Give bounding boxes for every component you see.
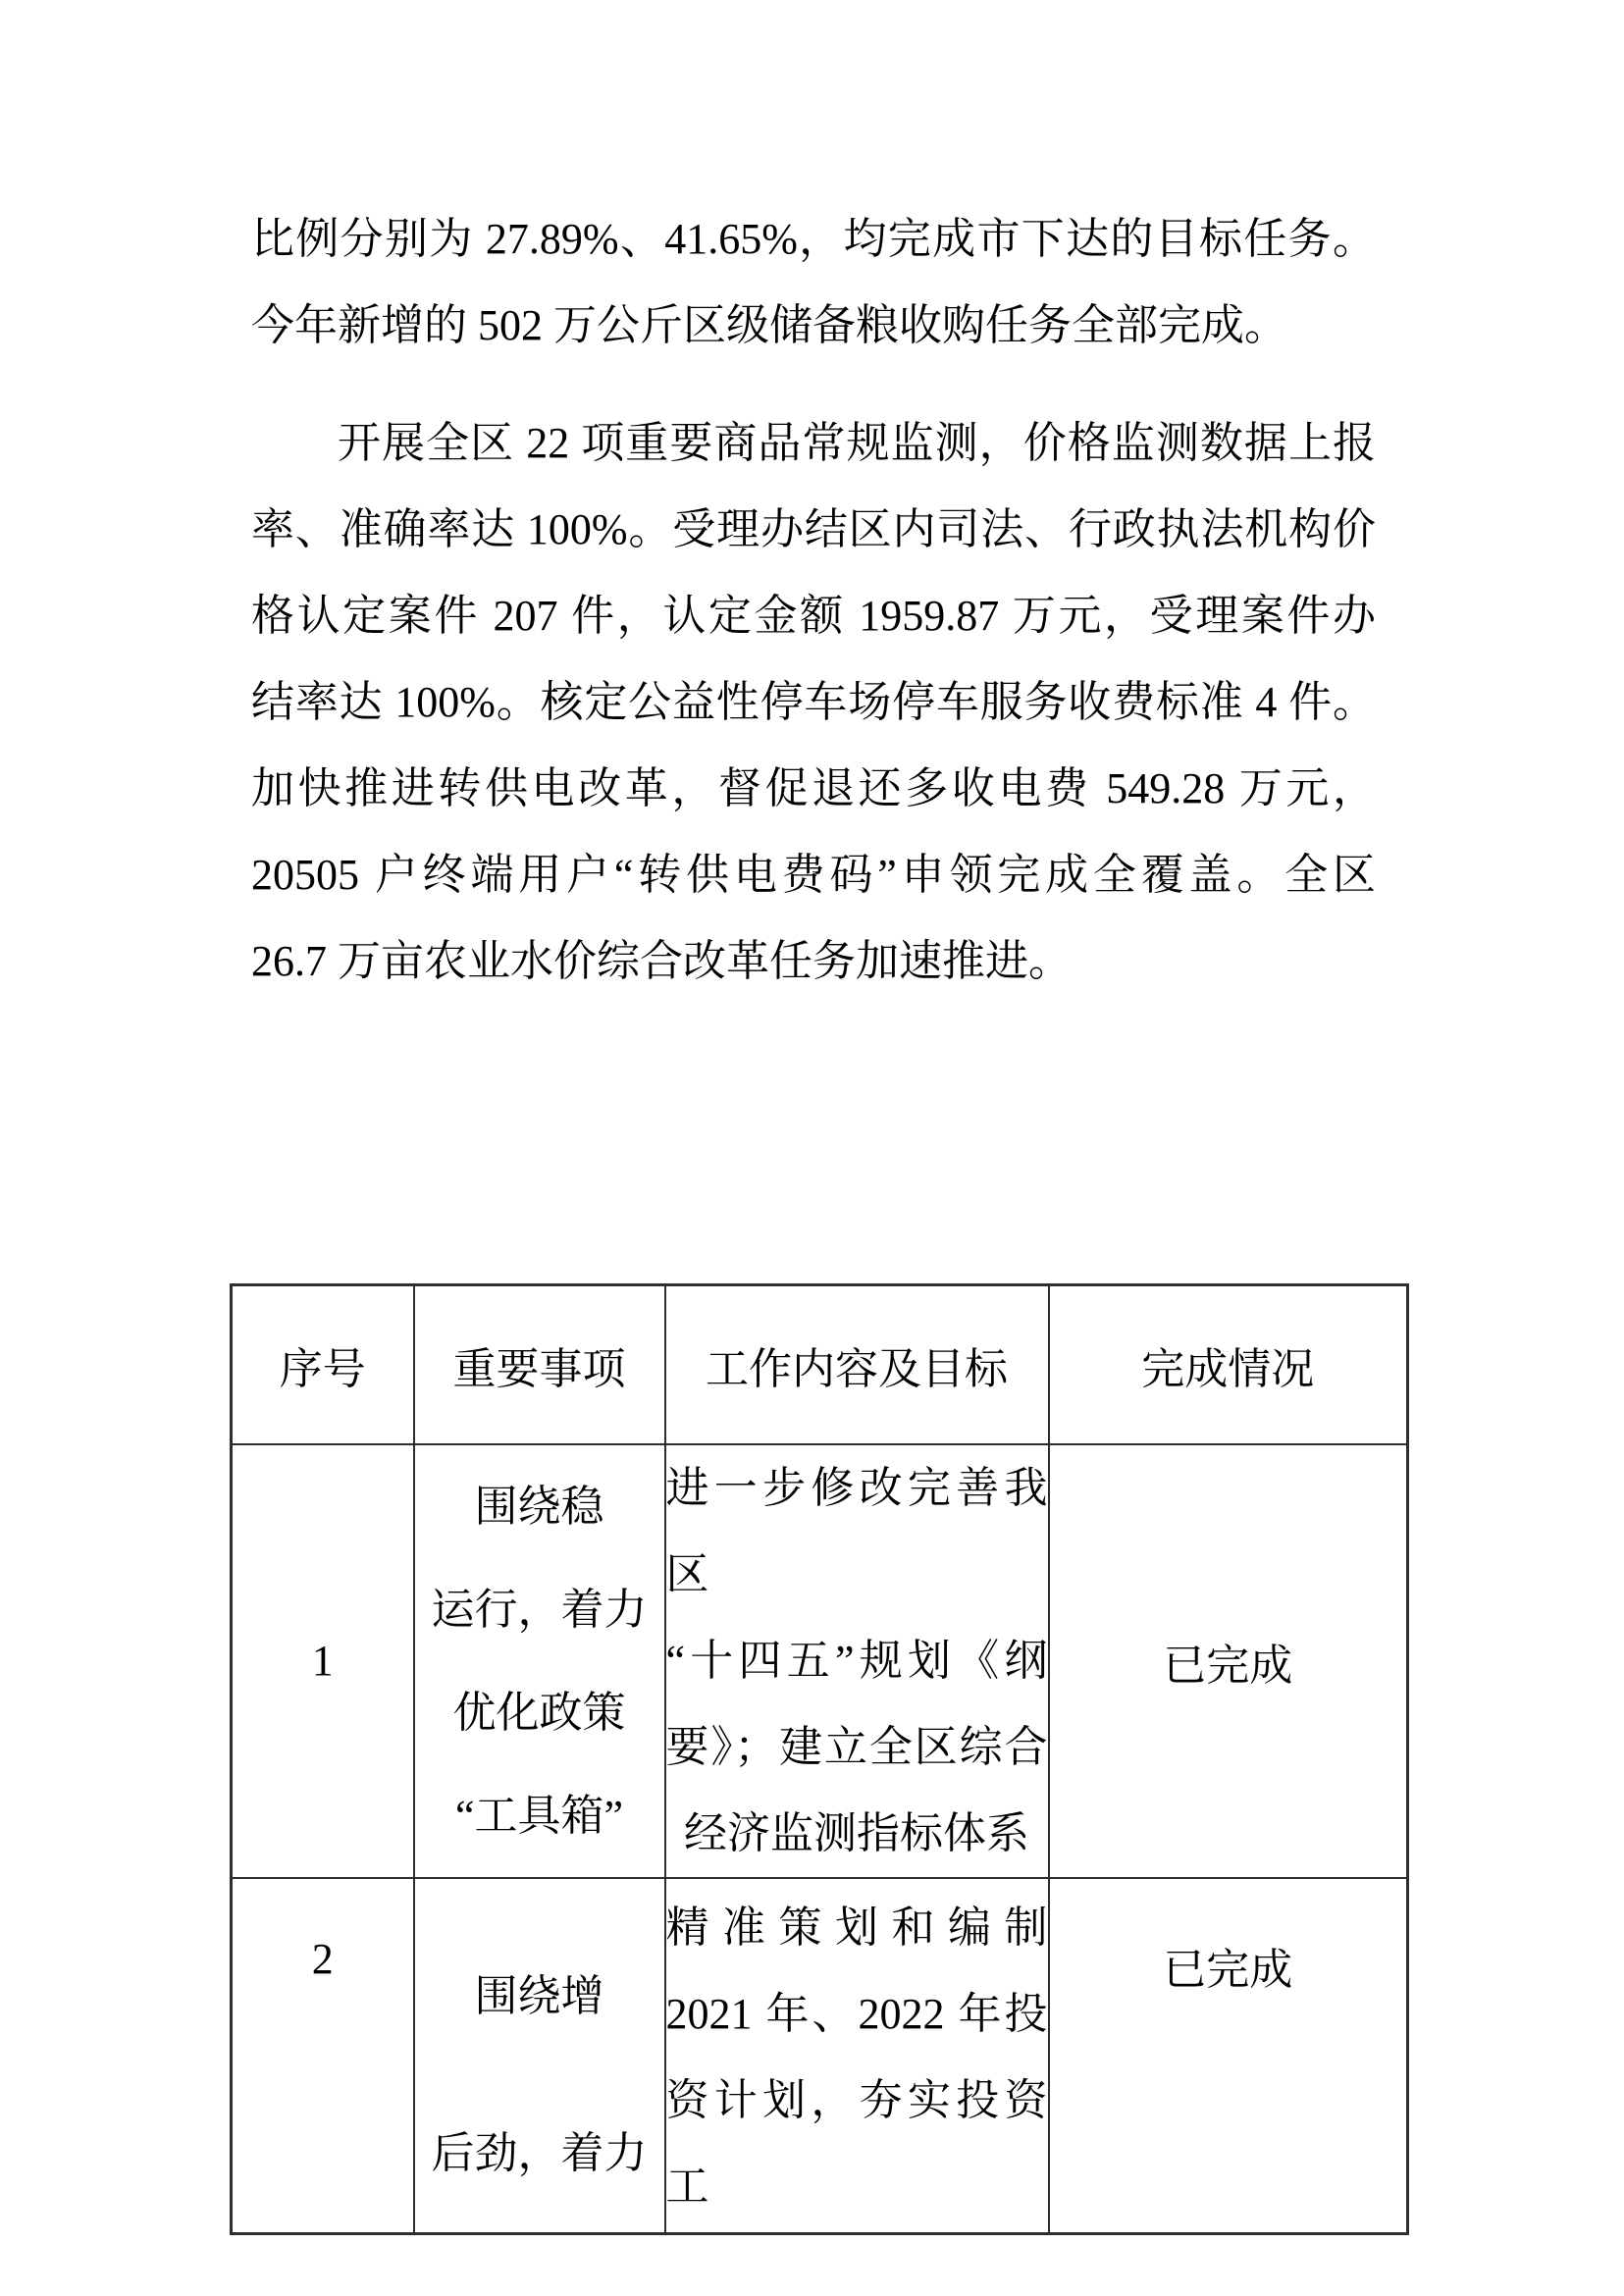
- text-line: 加快推进转供电改革，督促退还多收电费 549.28 万元，: [251, 746, 1376, 832]
- body-text: 比例分别为 27.89%、41.65%，均完成市下达的目标任务。 今年新增的 5…: [251, 196, 1376, 1005]
- cell-number: 1: [232, 1444, 414, 1878]
- cell-line: 经济监测指标体系: [666, 1791, 1048, 1877]
- text-line: 结率达 100%。核定公益性停车场停车服务收费标准 4 件。: [251, 659, 1376, 746]
- text-line: 率、准确率达 100%。受理办结区内司法、行政执法机构价: [251, 487, 1376, 573]
- cell-line: 要》；建立全区综合: [666, 1704, 1048, 1791]
- cell-content: 精准策划和编制 2021 年、2022 年投 资计划，夯实投资工: [665, 1878, 1049, 2234]
- text-line: 20505 户终端用户“转供电费码”申领完成全覆盖。全区: [251, 832, 1376, 918]
- cell-line: 后劲，着力: [415, 2075, 664, 2232]
- col-header-content: 工作内容及目标: [665, 1285, 1049, 1444]
- status-table: 序号 重要事项 工作内容及目标 完成情况 1 围绕稳 运行，着力 优化政策 “工…: [230, 1283, 1409, 2235]
- cell-line: 优化政策: [415, 1661, 664, 1764]
- text-line: 今年新增的 502 万公斤区级储备粮收购任务全部完成。: [251, 283, 1376, 369]
- cell-line: “工具箱”: [415, 1764, 664, 1867]
- text-line: 格认定案件 207 件，认定金额 1959.87 万元，受理案件办: [251, 573, 1376, 659]
- table-row: 1 围绕稳 运行，着力 优化政策 “工具箱” 进一步修改完善我区 “十四五”规划…: [232, 1444, 1408, 1878]
- text-line: 比例分别为 27.89%、41.65%，均完成市下达的目标任务。: [251, 196, 1376, 283]
- cell-line: 围绕增: [415, 1918, 664, 2075]
- text-line: 26.7 万亩农业水价综合改革任务加速推进。: [251, 918, 1376, 1005]
- table-row: 2 围绕增 后劲，着力 精准策划和编制 2021 年、2022 年投 资计划，夯…: [232, 1878, 1408, 2234]
- cell-status: 已完成: [1049, 1878, 1408, 2234]
- cell-line: 2021 年、2022 年投: [666, 1971, 1048, 2058]
- document-page: 比例分别为 27.89%、41.65%，均完成市下达的目标任务。 今年新增的 5…: [0, 0, 1624, 2296]
- text-line: 开展全区 22 项重要商品常规监测，价格监测数据上报: [251, 400, 1376, 487]
- cell-line: 围绕稳: [415, 1455, 664, 1558]
- col-header-matter: 重要事项: [414, 1285, 665, 1444]
- cell-line: 运行，着力: [415, 1558, 664, 1661]
- cell-line: 进一步修改完善我区: [666, 1445, 1048, 1618]
- cell-matter: 围绕稳 运行，着力 优化政策 “工具箱”: [414, 1444, 665, 1878]
- cell-content: 进一步修改完善我区 “十四五”规划《纲 要》；建立全区综合 经济监测指标体系: [665, 1444, 1049, 1878]
- col-header-status: 完成情况: [1049, 1285, 1408, 1444]
- col-header-number: 序号: [232, 1285, 414, 1444]
- cell-matter: 围绕增 后劲，着力: [414, 1878, 665, 2234]
- cell-status: 已完成: [1049, 1444, 1408, 1878]
- cell-number: 2: [232, 1878, 414, 2234]
- paragraph-1: 比例分别为 27.89%、41.65%，均完成市下达的目标任务。 今年新增的 5…: [251, 196, 1376, 369]
- cell-line: 精准策划和编制: [666, 1885, 1048, 1971]
- cell-line: “十四五”规划《纲: [666, 1618, 1048, 1704]
- table-header-row: 序号 重要事项 工作内容及目标 完成情况: [232, 1285, 1408, 1444]
- cell-line: 资计划，夯实投资工: [666, 2058, 1048, 2230]
- paragraph-2: 开展全区 22 项重要商品常规监测，价格监测数据上报 率、准确率达 100%。受…: [251, 400, 1376, 1005]
